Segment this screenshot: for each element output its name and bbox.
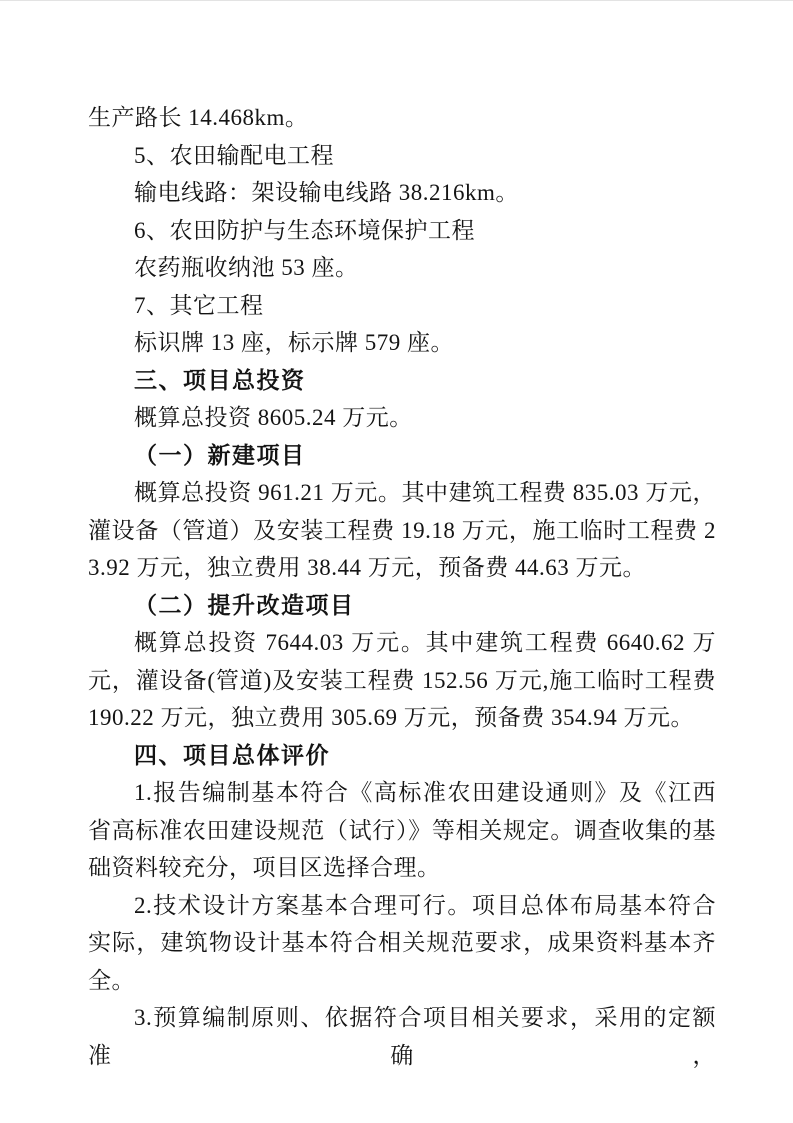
paragraph: 1.报告编制基本符合《高标准农田建设通则》及《江西省高标准农田建设规范（试行）》… xyxy=(88,774,716,887)
paragraph: 农药瓶收纳池 53 座。 xyxy=(88,249,716,287)
paragraph: 输电线路：架设输电线路 38.216km。 xyxy=(88,174,716,212)
paragraph: 概算总投资 961.21 万元。其中建筑工程费 835.03 万元，灌设备（管道… xyxy=(88,474,716,587)
paragraph: 标识牌 13 座，标示牌 579 座。 xyxy=(88,324,716,362)
section-heading: 四、项目总体评价 xyxy=(88,737,716,775)
paragraph: 7、其它工程 xyxy=(88,287,716,325)
document-viewport: { "page": { "background": "#ffffff", "te… xyxy=(0,0,793,1123)
document-page: 生产路长 14.468km。5、农田输配电工程输电线路：架设输电线路 38.21… xyxy=(0,1,793,1123)
paragraph: 2.技术设计方案基本合理可行。项目总体布局基本符合实际，建筑物设计基本符合相关规… xyxy=(88,887,716,1000)
paragraph: 5、农田输配电工程 xyxy=(88,137,716,175)
paragraph: 概算总投资 7644.03 万元。其中建筑工程费 6640.62 万元，灌设备(… xyxy=(88,624,716,737)
paragraph: 概算总投资 8605.24 万元。 xyxy=(88,399,716,437)
section-heading: 三、项目总投资 xyxy=(88,362,716,400)
paragraph: 3.预算编制原则、依据符合项目相关要求，采用的定额准确， xyxy=(88,999,716,1074)
document-body: 生产路长 14.468km。5、农田输配电工程输电线路：架设输电线路 38.21… xyxy=(88,99,716,1074)
paragraph: 生产路长 14.468km。 xyxy=(88,99,716,137)
section-heading: （二）提升改造项目 xyxy=(88,587,716,625)
paragraph: 6、农田防护与生态环境保护工程 xyxy=(88,212,716,250)
section-heading: （一）新建项目 xyxy=(88,437,716,475)
